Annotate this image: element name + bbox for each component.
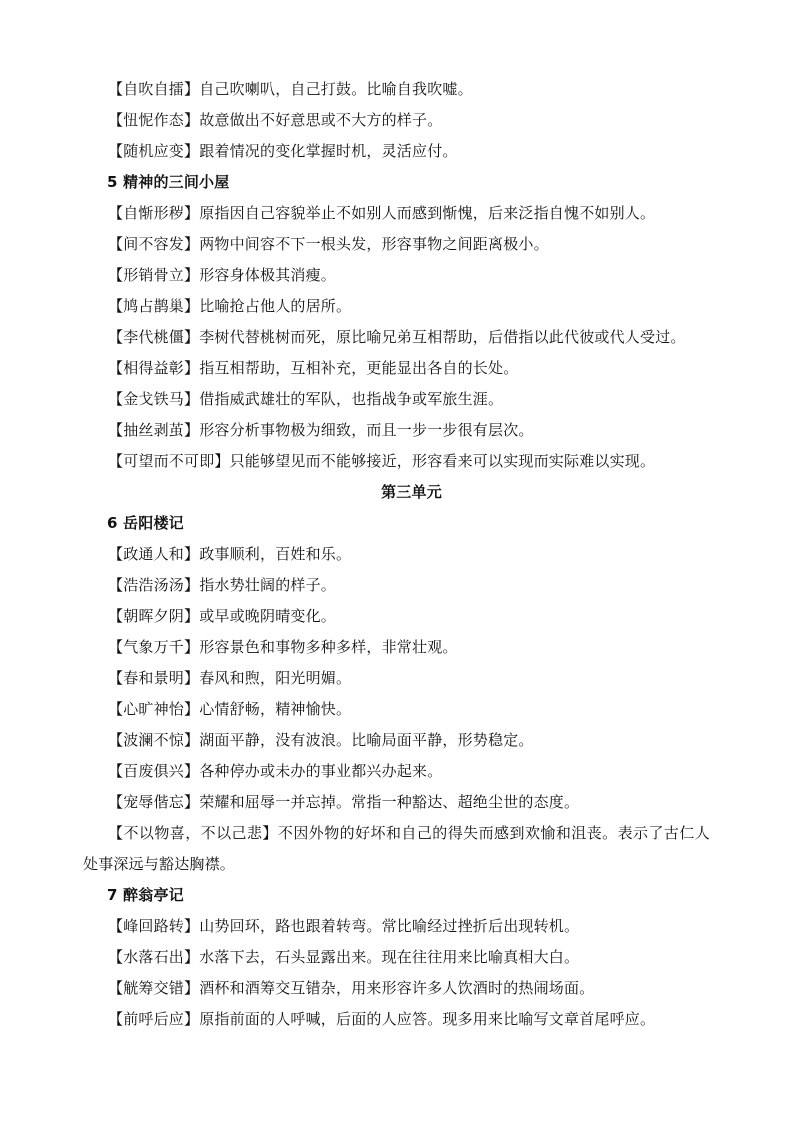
- idiom-term: 【朝晖夕阴】: [108, 607, 199, 625]
- idiom-term: 【自惭形秽】: [108, 204, 199, 222]
- idiom-term: 【政通人和】: [108, 545, 199, 563]
- idiom-definition: 李树代替桃树而死，原比喻兄弟互相帮助，后借指以此代彼或代人受过。: [199, 328, 685, 346]
- idiom-term: 【金戈铁马】: [108, 390, 199, 408]
- idiom-term: 【形销骨立】: [108, 266, 199, 284]
- idiom-definition: 原指因自己容貌举止不如别人而感到惭愧，后来泛指自愧不如别人。: [199, 204, 655, 222]
- idiom-entry: 【形销骨立】形容身体极其消瘦。: [83, 260, 710, 291]
- idiom-definition: 各种停办或未办的事业都兴办起来。: [199, 762, 442, 780]
- idiom-definition: 借指威武雄壮的军队，也指战争或军旅生涯。: [199, 390, 503, 408]
- idiom-term: 【不以物喜，不以己悲】: [108, 824, 278, 842]
- idiom-term: 【心旷神怡】: [108, 700, 199, 718]
- idiom-definition: 荣耀和屈辱一并忘掉。常指一种豁达、超绝尘世的态度。: [199, 793, 579, 811]
- idiom-term: 【随机应变】: [108, 142, 199, 160]
- lesson-heading: 6 岳阳楼记: [83, 508, 710, 539]
- idiom-definition: 山势回环，路也跟着转弯。常比喻经过挫折后出现转机。: [199, 917, 579, 935]
- idiom-entry: 【波澜不惊】湖面平静，没有波浪。比喻局面平静，形势稳定。: [83, 725, 710, 756]
- idiom-definition: 湖面平静，没有波浪。比喻局面平静，形势稳定。: [199, 731, 533, 749]
- idiom-term: 【鸠占鹊巢】: [108, 297, 199, 315]
- idiom-term: 【抽丝剥茧】: [108, 421, 199, 439]
- idiom-term: 【浩浩汤汤】: [108, 576, 199, 594]
- idiom-entry: 【鸠占鹊巢】比喻抢占他人的居所。: [83, 291, 710, 322]
- idiom-entry: 【可望而不可即】只能够望见而不能够接近，形容看来可以实现而实际难以实现。: [83, 446, 710, 477]
- idiom-entry: 【春和景明】春风和煦，阳光明媚。: [83, 663, 710, 694]
- idiom-term: 【间不容发】: [108, 235, 199, 253]
- idiom-entry: 【随机应变】跟着情况的变化掌握时机，灵活应付。: [83, 136, 710, 167]
- idiom-term: 【觥筹交错】: [108, 979, 199, 997]
- idiom-term: 【自吹自擂】: [108, 80, 199, 98]
- idiom-definition: 比喻抢占他人的居所。: [199, 297, 351, 315]
- idiom-term: 【波澜不惊】: [108, 731, 199, 749]
- idiom-entry: 【朝晖夕阴】或早或晚阴晴变化。: [83, 601, 710, 632]
- idiom-entry: 【气象万千】形容景色和事物多种多样，非常壮观。: [83, 632, 710, 663]
- idiom-definition: 或早或晚阴晴变化。: [199, 607, 336, 625]
- idiom-definition: 形容身体极其消瘦。: [199, 266, 336, 284]
- idiom-term: 【宠辱偕忘】: [108, 793, 199, 811]
- idiom-entry: 【自惭形秽】原指因自己容貌举止不如别人而感到惭愧，后来泛指自愧不如别人。: [83, 198, 710, 229]
- idiom-entry: 【忸怩作态】故意做出不好意思或不大方的样子。: [83, 105, 710, 136]
- idiom-entry: 【浩浩汤汤】指水势壮阔的样子。: [83, 570, 710, 601]
- idiom-definition: 只能够望见而不能够接近，形容看来可以实现而实际难以实现。: [230, 452, 656, 470]
- idiom-entry: 【自吹自擂】自己吹喇叭，自己打鼓。比喻自我吹嘘。: [83, 74, 710, 105]
- idiom-entry: 【李代桃僵】李树代替桃树而死，原比喻兄弟互相帮助，后借指以此代彼或代人受过。: [83, 322, 710, 353]
- idiom-term: 【峰回路转】: [108, 917, 199, 935]
- idiom-term: 【可望而不可即】: [108, 452, 230, 470]
- idiom-term: 【李代桃僵】: [108, 328, 199, 346]
- idiom-entry: 【相得益彰】指互相帮助，互相补充，更能显出各自的长处。: [83, 353, 710, 384]
- lesson-heading: 5 精神的三间小屋: [83, 167, 710, 198]
- idiom-entry: 【水落石出】水落下去，石头显露出来。现在往往用来比喻真相大白。: [83, 942, 710, 973]
- idiom-definition: 政事顺利，百姓和乐。: [199, 545, 351, 563]
- unit-title: 第三单元: [83, 477, 710, 508]
- idiom-entry: 【金戈铁马】借指威武雄壮的军队，也指战争或军旅生涯。: [83, 384, 710, 415]
- idiom-definition: 两物中间容不下一根头发，形容事物之间距离极小。: [199, 235, 549, 253]
- idiom-definition: 原指前面的人呼喊，后面的人应答。现多用来比喻写文章首尾呼应。: [199, 1010, 655, 1028]
- idiom-definition: 形容景色和事物多种多样，非常壮观。: [199, 638, 457, 656]
- idiom-definition: 春风和煦，阳光明媚。: [199, 669, 351, 687]
- idiom-term: 【气象万千】: [108, 638, 199, 656]
- idiom-term: 【春和景明】: [108, 669, 199, 687]
- idiom-entry: 【政通人和】政事顺利，百姓和乐。: [83, 539, 710, 570]
- idiom-definition: 故意做出不好意思或不大方的样子。: [199, 111, 442, 129]
- idiom-definition: 心情舒畅，精神愉快。: [199, 700, 351, 718]
- idiom-entry-wrapped: 【不以物喜，不以己悲】不因外物的好坏和自己的得失而感到欢愉和沮丧。表示了古仁人处…: [83, 818, 710, 880]
- idiom-definition: 指互相帮助，互相补充，更能显出各自的长处。: [199, 359, 518, 377]
- idiom-entry: 【抽丝剥茧】形容分析事物极为细致，而且一步一步很有层次。: [83, 415, 710, 446]
- idiom-entry: 【百废俱兴】各种停办或未办的事业都兴办起来。: [83, 756, 710, 787]
- idiom-term: 【前呼后应】: [108, 1010, 199, 1028]
- lesson-heading: 7 醉翁亭记: [83, 880, 710, 911]
- idiom-term: 【忸怩作态】: [108, 111, 199, 129]
- idiom-definition: 形容分析事物极为细致，而且一步一步很有层次。: [199, 421, 533, 439]
- idiom-term: 【相得益彰】: [108, 359, 199, 377]
- idiom-entry: 【觥筹交错】酒杯和酒筹交互错杂，用来形容许多人饮酒时的热闹场面。: [83, 973, 710, 1004]
- document-page: 【自吹自擂】自己吹喇叭，自己打鼓。比喻自我吹嘘。 【忸怩作态】故意做出不好意思或…: [83, 74, 710, 1035]
- idiom-entry: 【间不容发】两物中间容不下一根头发，形容事物之间距离极小。: [83, 229, 710, 260]
- idiom-definition: 酒杯和酒筹交互错杂，用来形容许多人饮酒时的热闹场面。: [199, 979, 594, 997]
- idiom-entry: 【心旷神怡】心情舒畅，精神愉快。: [83, 694, 710, 725]
- idiom-definition: 自己吹喇叭，自己打鼓。比喻自我吹嘘。: [199, 80, 473, 98]
- idiom-entry: 【前呼后应】原指前面的人呼喊，后面的人应答。现多用来比喻写文章首尾呼应。: [83, 1004, 710, 1035]
- idiom-entry: 【宠辱偕忘】荣耀和屈辱一并忘掉。常指一种豁达、超绝尘世的态度。: [83, 787, 710, 818]
- idiom-definition: 指水势壮阔的样子。: [199, 576, 336, 594]
- idiom-term: 【百废俱兴】: [108, 762, 199, 780]
- idiom-definition: 跟着情况的变化掌握时机，灵活应付。: [199, 142, 457, 160]
- idiom-definition: 水落下去，石头显露出来。现在往往用来比喻真相大白。: [199, 948, 579, 966]
- idiom-term: 【水落石出】: [108, 948, 199, 966]
- idiom-entry: 【峰回路转】山势回环，路也跟着转弯。常比喻经过挫折后出现转机。: [83, 911, 710, 942]
